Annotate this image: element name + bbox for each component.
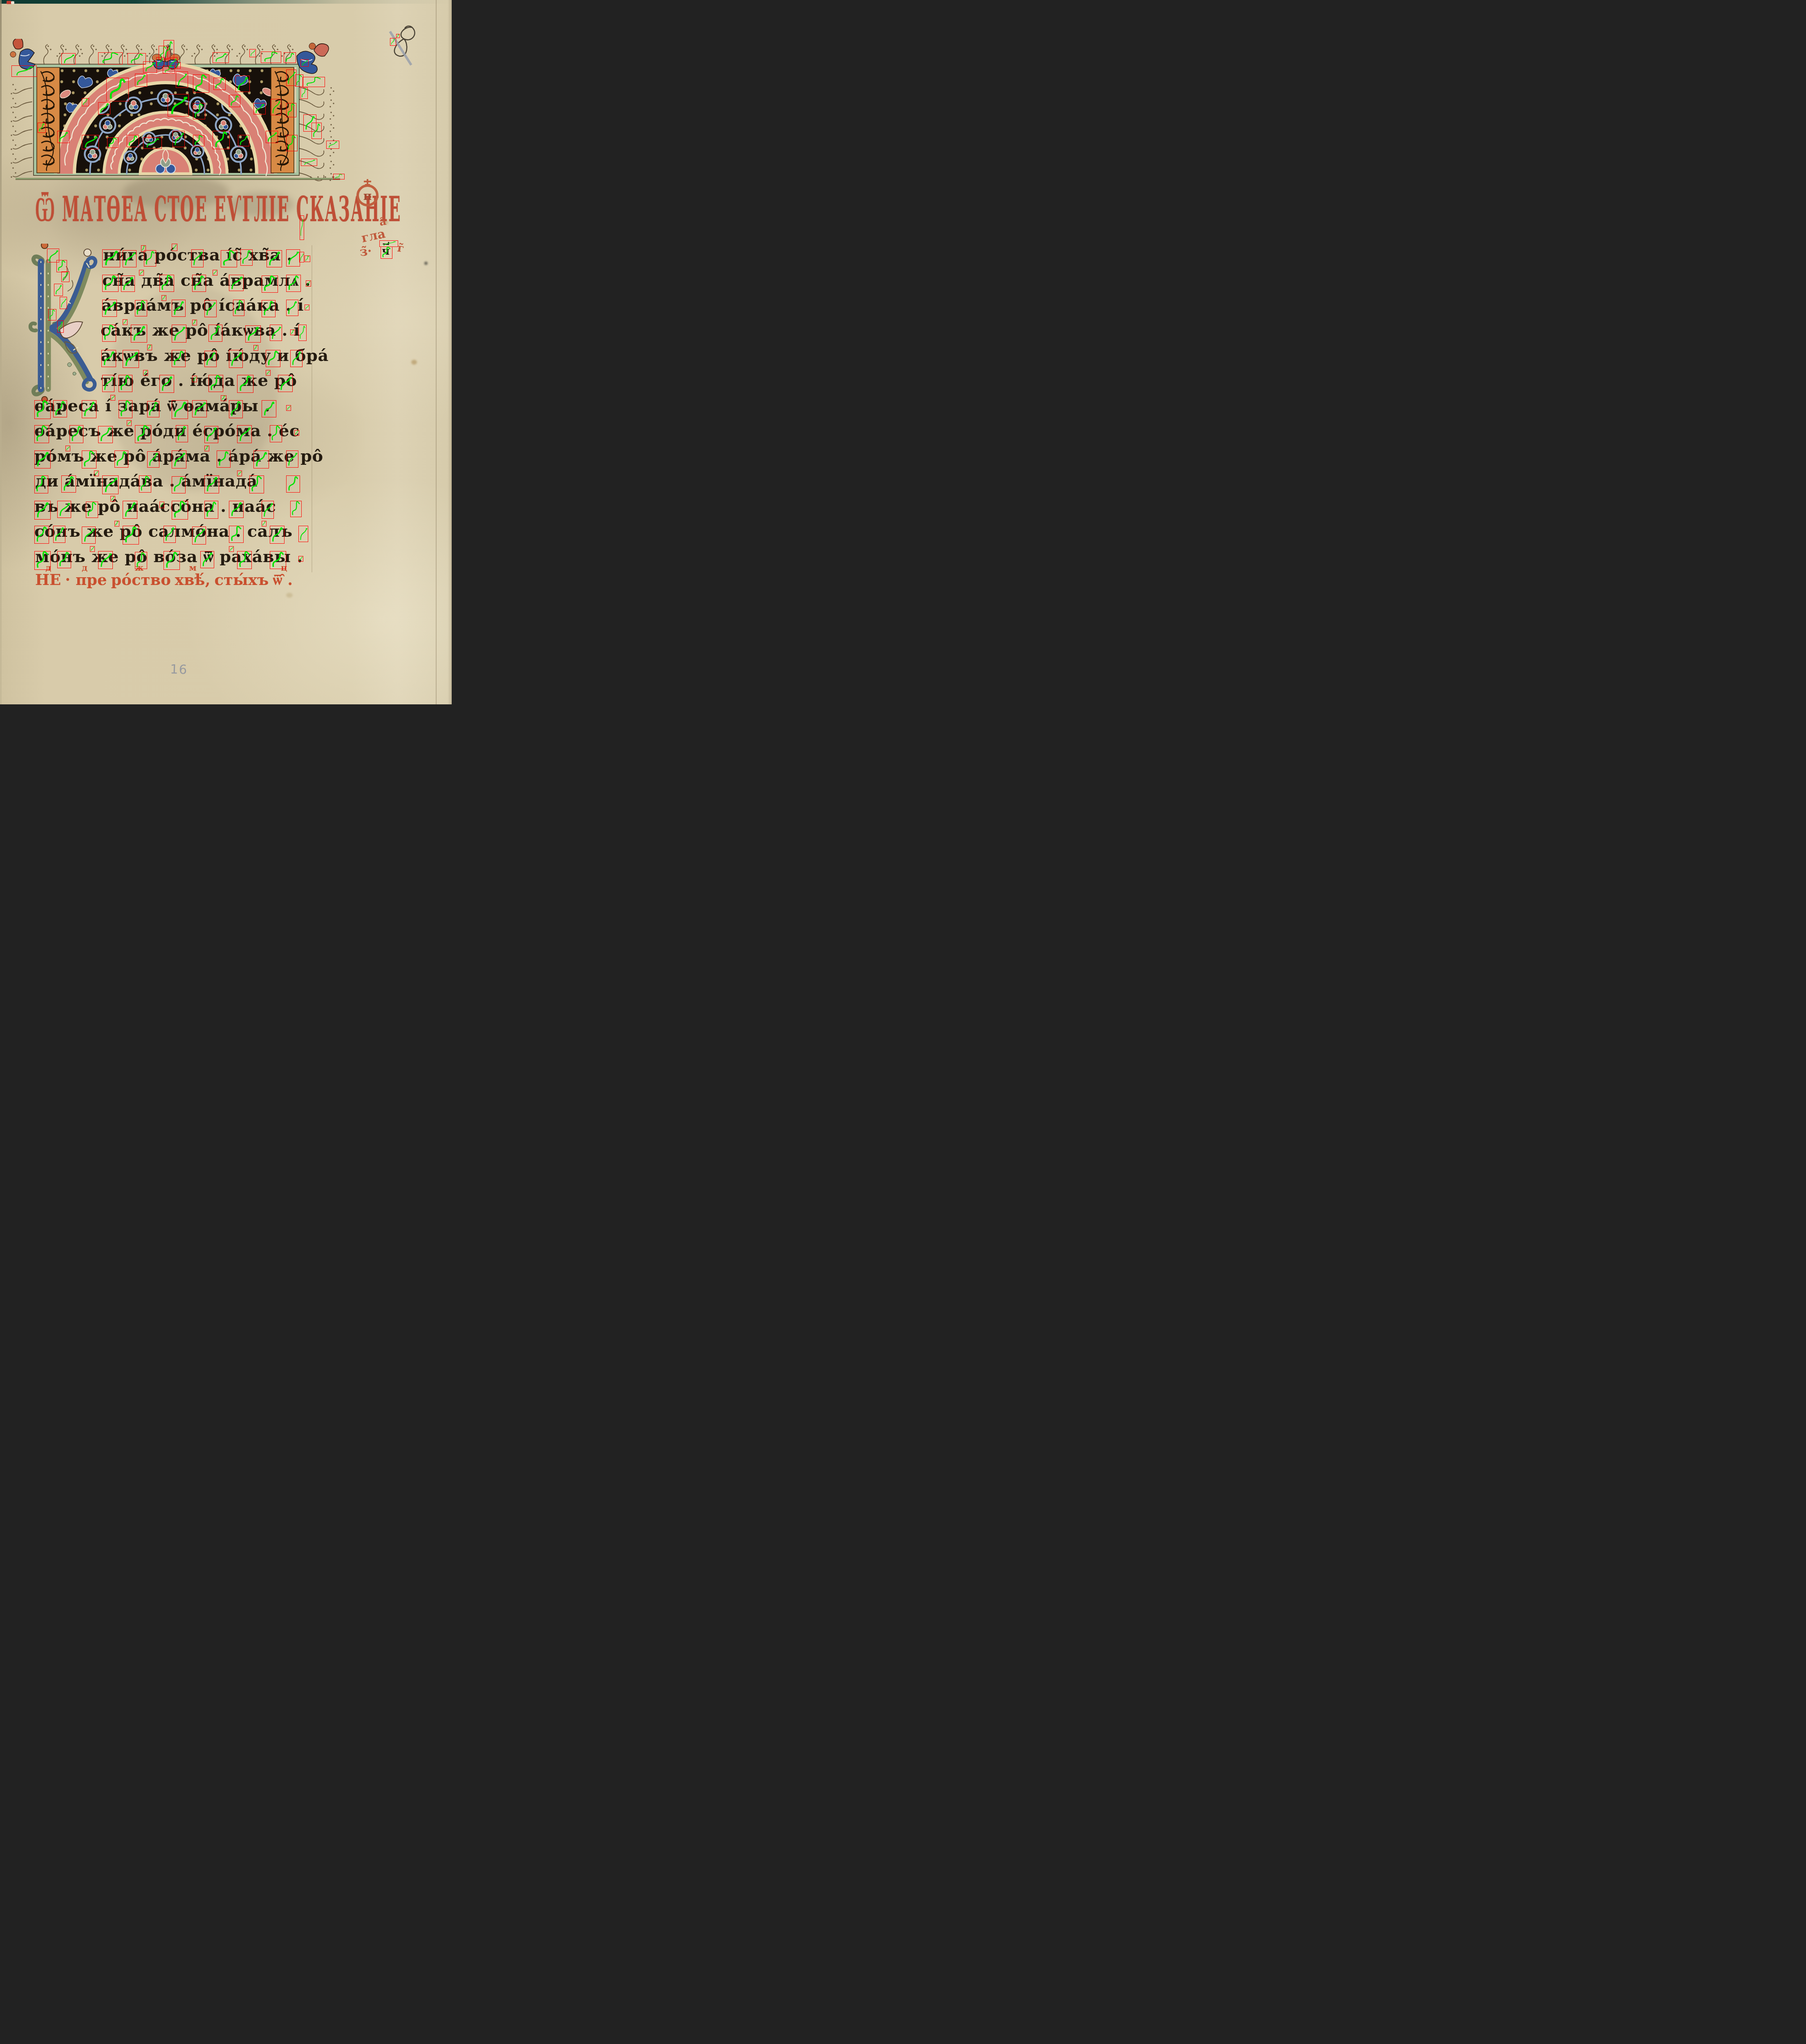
detection-box	[278, 375, 293, 392]
detection-box	[229, 501, 244, 518]
detection-box	[262, 521, 267, 527]
detection-box	[172, 450, 186, 468]
detection-box	[82, 98, 89, 106]
detection-box	[172, 325, 186, 343]
detection-box	[53, 400, 67, 417]
detection-box	[270, 425, 282, 442]
detection-box	[82, 135, 99, 149]
detection-box	[98, 102, 110, 114]
detection-box	[123, 250, 137, 267]
detection-box	[326, 141, 339, 149]
detection-box	[172, 350, 186, 367]
detection-box	[61, 271, 69, 282]
detection-box	[298, 325, 307, 341]
detection-box	[286, 103, 296, 117]
detection-box	[262, 501, 274, 519]
detection-box	[102, 249, 120, 267]
detection-box	[390, 38, 396, 46]
detection-box	[57, 551, 71, 568]
detection-box	[229, 275, 244, 291]
detection-box	[311, 123, 322, 139]
detection-box	[266, 131, 278, 143]
detection-box	[110, 395, 115, 401]
detection-box	[172, 476, 186, 493]
detection-box	[128, 53, 146, 65]
detection-box	[298, 526, 308, 542]
detection-box	[98, 52, 123, 65]
detection-box	[82, 527, 96, 544]
rubric-line: НЕд· предро́ствожхвѣ́,мсты́хъѿ̑ .ц	[35, 571, 297, 589]
detection-box	[98, 426, 113, 443]
detection-box	[164, 40, 174, 59]
detection-box	[204, 446, 209, 451]
detection-box	[237, 551, 252, 569]
detection-box	[204, 351, 217, 367]
detection-box	[119, 400, 132, 418]
rubric-superscript: м	[189, 563, 197, 573]
title-vyaz: Ѿ МАТѲЕА СТОЕ ЕѴГЛІЕ СКАЗАНІЕ	[35, 189, 320, 231]
detection-box	[102, 375, 114, 392]
detection-box	[123, 501, 137, 519]
detection-box	[131, 325, 147, 343]
detection-box	[192, 275, 206, 292]
scan-edge-right	[448, 0, 452, 704]
detection-box	[306, 280, 311, 287]
detection-box	[164, 551, 180, 570]
detection-box	[286, 475, 300, 493]
detection-box	[208, 325, 222, 342]
detection-box	[305, 255, 310, 262]
detection-box	[237, 471, 242, 476]
detection-box	[127, 420, 132, 426]
detection-box	[135, 300, 147, 316]
detection-box	[270, 526, 285, 544]
detection-box	[300, 87, 308, 99]
rubric-superscript: д	[82, 563, 87, 573]
detection-box	[123, 319, 128, 325]
detection-box	[191, 249, 204, 267]
detection-box	[249, 475, 264, 493]
detection-box	[261, 52, 281, 63]
detection-box	[266, 350, 280, 367]
detection-box	[286, 450, 298, 468]
detection-box	[102, 275, 119, 292]
detection-box	[172, 400, 188, 419]
detection-box	[168, 94, 189, 117]
detection-box	[200, 551, 214, 568]
detection-box	[135, 552, 147, 569]
detection-box	[161, 295, 166, 301]
detection-box	[119, 375, 132, 392]
detection-box	[286, 135, 298, 151]
detection-box	[34, 551, 51, 570]
detection-box	[175, 62, 181, 69]
detection-box	[333, 174, 345, 179]
detection-box	[249, 49, 256, 57]
detection-box	[135, 74, 147, 87]
detection-box	[290, 329, 295, 335]
detection-box	[53, 526, 65, 543]
detection-box	[305, 305, 309, 310]
detection-box	[173, 131, 185, 147]
detection-box	[57, 320, 64, 333]
detection-box	[86, 502, 98, 518]
detection-box	[267, 250, 282, 267]
ruling-line	[311, 245, 312, 572]
detection-box	[286, 300, 298, 316]
detection-box	[300, 215, 304, 240]
detection-box	[127, 135, 139, 147]
detection-box	[34, 475, 48, 493]
detection-box	[159, 502, 164, 508]
scan-edge-left	[0, 0, 2, 704]
detection-box	[213, 131, 230, 149]
detection-box	[143, 137, 162, 149]
detection-box	[237, 375, 253, 393]
detection-box	[204, 300, 217, 317]
detection-box	[204, 426, 218, 443]
white-speck	[11, 1, 14, 4]
detection-box	[245, 325, 261, 343]
detection-box	[94, 471, 99, 476]
detection-box	[60, 297, 67, 309]
detection-box	[34, 501, 51, 520]
detection-box	[253, 450, 269, 468]
detection-box	[240, 249, 253, 266]
detection-box	[123, 350, 139, 368]
detection-box	[286, 249, 300, 267]
detection-box	[61, 53, 76, 65]
detection-box	[262, 400, 276, 417]
detection-box	[61, 475, 76, 493]
detection-box	[110, 496, 115, 502]
detection-box	[98, 551, 113, 569]
detection-box	[34, 400, 51, 419]
detection-box	[193, 74, 209, 93]
detection-box	[69, 425, 83, 443]
detection-box	[192, 400, 207, 417]
rubric-segment: сты́хъ	[215, 571, 269, 589]
detection-box	[290, 501, 302, 517]
detection-box	[253, 103, 266, 114]
detection-box	[262, 276, 278, 293]
rubric-segment: · пред	[65, 571, 107, 589]
detection-box	[396, 34, 400, 38]
detection-box	[164, 526, 176, 543]
detection-box	[192, 320, 197, 325]
medallion-letter: п	[363, 189, 372, 203]
detection-box	[102, 475, 119, 494]
detection-box	[56, 260, 67, 272]
detection-box	[114, 450, 128, 468]
detection-box	[34, 425, 49, 443]
stain	[286, 593, 293, 598]
detection-box	[266, 370, 271, 376]
detection-box	[159, 375, 174, 393]
detection-box	[114, 521, 119, 527]
detection-box	[204, 501, 218, 519]
pencil-slash	[390, 31, 411, 65]
detection-box	[204, 475, 219, 493]
detection-box	[139, 270, 144, 276]
detection-box	[213, 78, 226, 90]
detection-box	[48, 309, 56, 320]
detection-box	[121, 276, 135, 292]
detection-box	[163, 65, 175, 74]
detection-box	[102, 300, 117, 317]
detection-box	[143, 370, 148, 376]
detection-box	[139, 475, 151, 493]
detection-box	[302, 77, 325, 87]
detection-box	[221, 395, 226, 401]
detection-box	[253, 345, 258, 351]
detection-box	[229, 526, 244, 543]
detection-box	[34, 450, 51, 468]
detection-box	[54, 284, 63, 296]
detection-box	[82, 400, 96, 418]
page-fore-edge	[436, 0, 437, 704]
detection-box	[147, 451, 159, 468]
rubric-segment: ѿ̑ .ц	[273, 571, 293, 589]
detection-box	[34, 526, 49, 544]
detection-box	[192, 527, 206, 545]
detection-box	[208, 375, 223, 392]
detection-box	[262, 300, 276, 317]
detection-box	[106, 78, 129, 101]
detection-box	[235, 76, 250, 92]
detection-box	[193, 103, 205, 119]
detection-box	[107, 137, 119, 148]
rubric-segment: ро́ствож	[111, 571, 170, 589]
detection-box	[271, 99, 281, 115]
detection-box	[172, 501, 188, 520]
stain	[411, 360, 417, 365]
detection-box	[90, 546, 95, 552]
detection-box	[229, 400, 243, 418]
detection-box	[57, 501, 71, 518]
detection-box	[176, 425, 188, 442]
detection-box	[229, 95, 240, 107]
detection-box	[172, 300, 186, 317]
detection-box	[237, 425, 252, 443]
detection-box	[159, 275, 174, 292]
detection-box	[290, 350, 302, 367]
detection-box	[176, 72, 188, 88]
detection-box	[379, 240, 398, 247]
detection-box	[135, 425, 151, 443]
detection-box	[144, 250, 156, 267]
detection-box	[38, 123, 46, 133]
detection-box	[270, 551, 286, 569]
detection-box	[213, 270, 217, 276]
lection-medallion: п	[354, 178, 383, 207]
detection-box	[147, 401, 159, 417]
corner-flower-right	[297, 43, 329, 74]
rubric-segment: хвѣ́,м	[175, 571, 211, 589]
detection-box	[286, 405, 291, 411]
rubric-segment: НЕд	[35, 571, 61, 589]
detection-box	[229, 546, 234, 552]
detection-box	[284, 52, 296, 63]
detection-box	[294, 430, 299, 436]
detection-box	[172, 244, 177, 251]
folio-ink-mark-8	[380, 22, 425, 72]
detection-box	[193, 135, 204, 146]
detection-box	[286, 275, 301, 292]
detection-box	[65, 446, 70, 451]
detection-box	[57, 131, 69, 143]
detection-box	[102, 325, 116, 342]
margin-note-z: з̃·	[359, 244, 372, 260]
detection-box	[147, 345, 152, 350]
detection-box	[301, 159, 317, 166]
detection-box	[295, 74, 303, 87]
scanned-page: Ѿ МАТѲЕА СТОЕ ЕѴГЛІЕ СКАЗАНІЕ ни́га	[0, 0, 452, 704]
detection-box	[298, 556, 303, 562]
detection-box	[123, 526, 139, 545]
ink-dot	[424, 262, 428, 265]
detection-box	[270, 325, 282, 341]
detection-box	[238, 135, 249, 146]
detection-box	[213, 52, 229, 63]
detection-box	[229, 350, 243, 368]
scan-edge-top	[0, 0, 452, 4]
detection-box	[381, 247, 392, 259]
detection-box	[192, 376, 197, 382]
detection-box	[101, 350, 116, 367]
detection-box	[300, 59, 309, 67]
folio-number-pencil: 16	[170, 662, 188, 677]
detection-box	[233, 300, 244, 316]
detection-box	[11, 65, 37, 77]
detection-box	[217, 450, 231, 468]
detection-box	[82, 450, 96, 468]
detection-box	[221, 250, 237, 267]
corner-flower-left	[10, 39, 35, 69]
